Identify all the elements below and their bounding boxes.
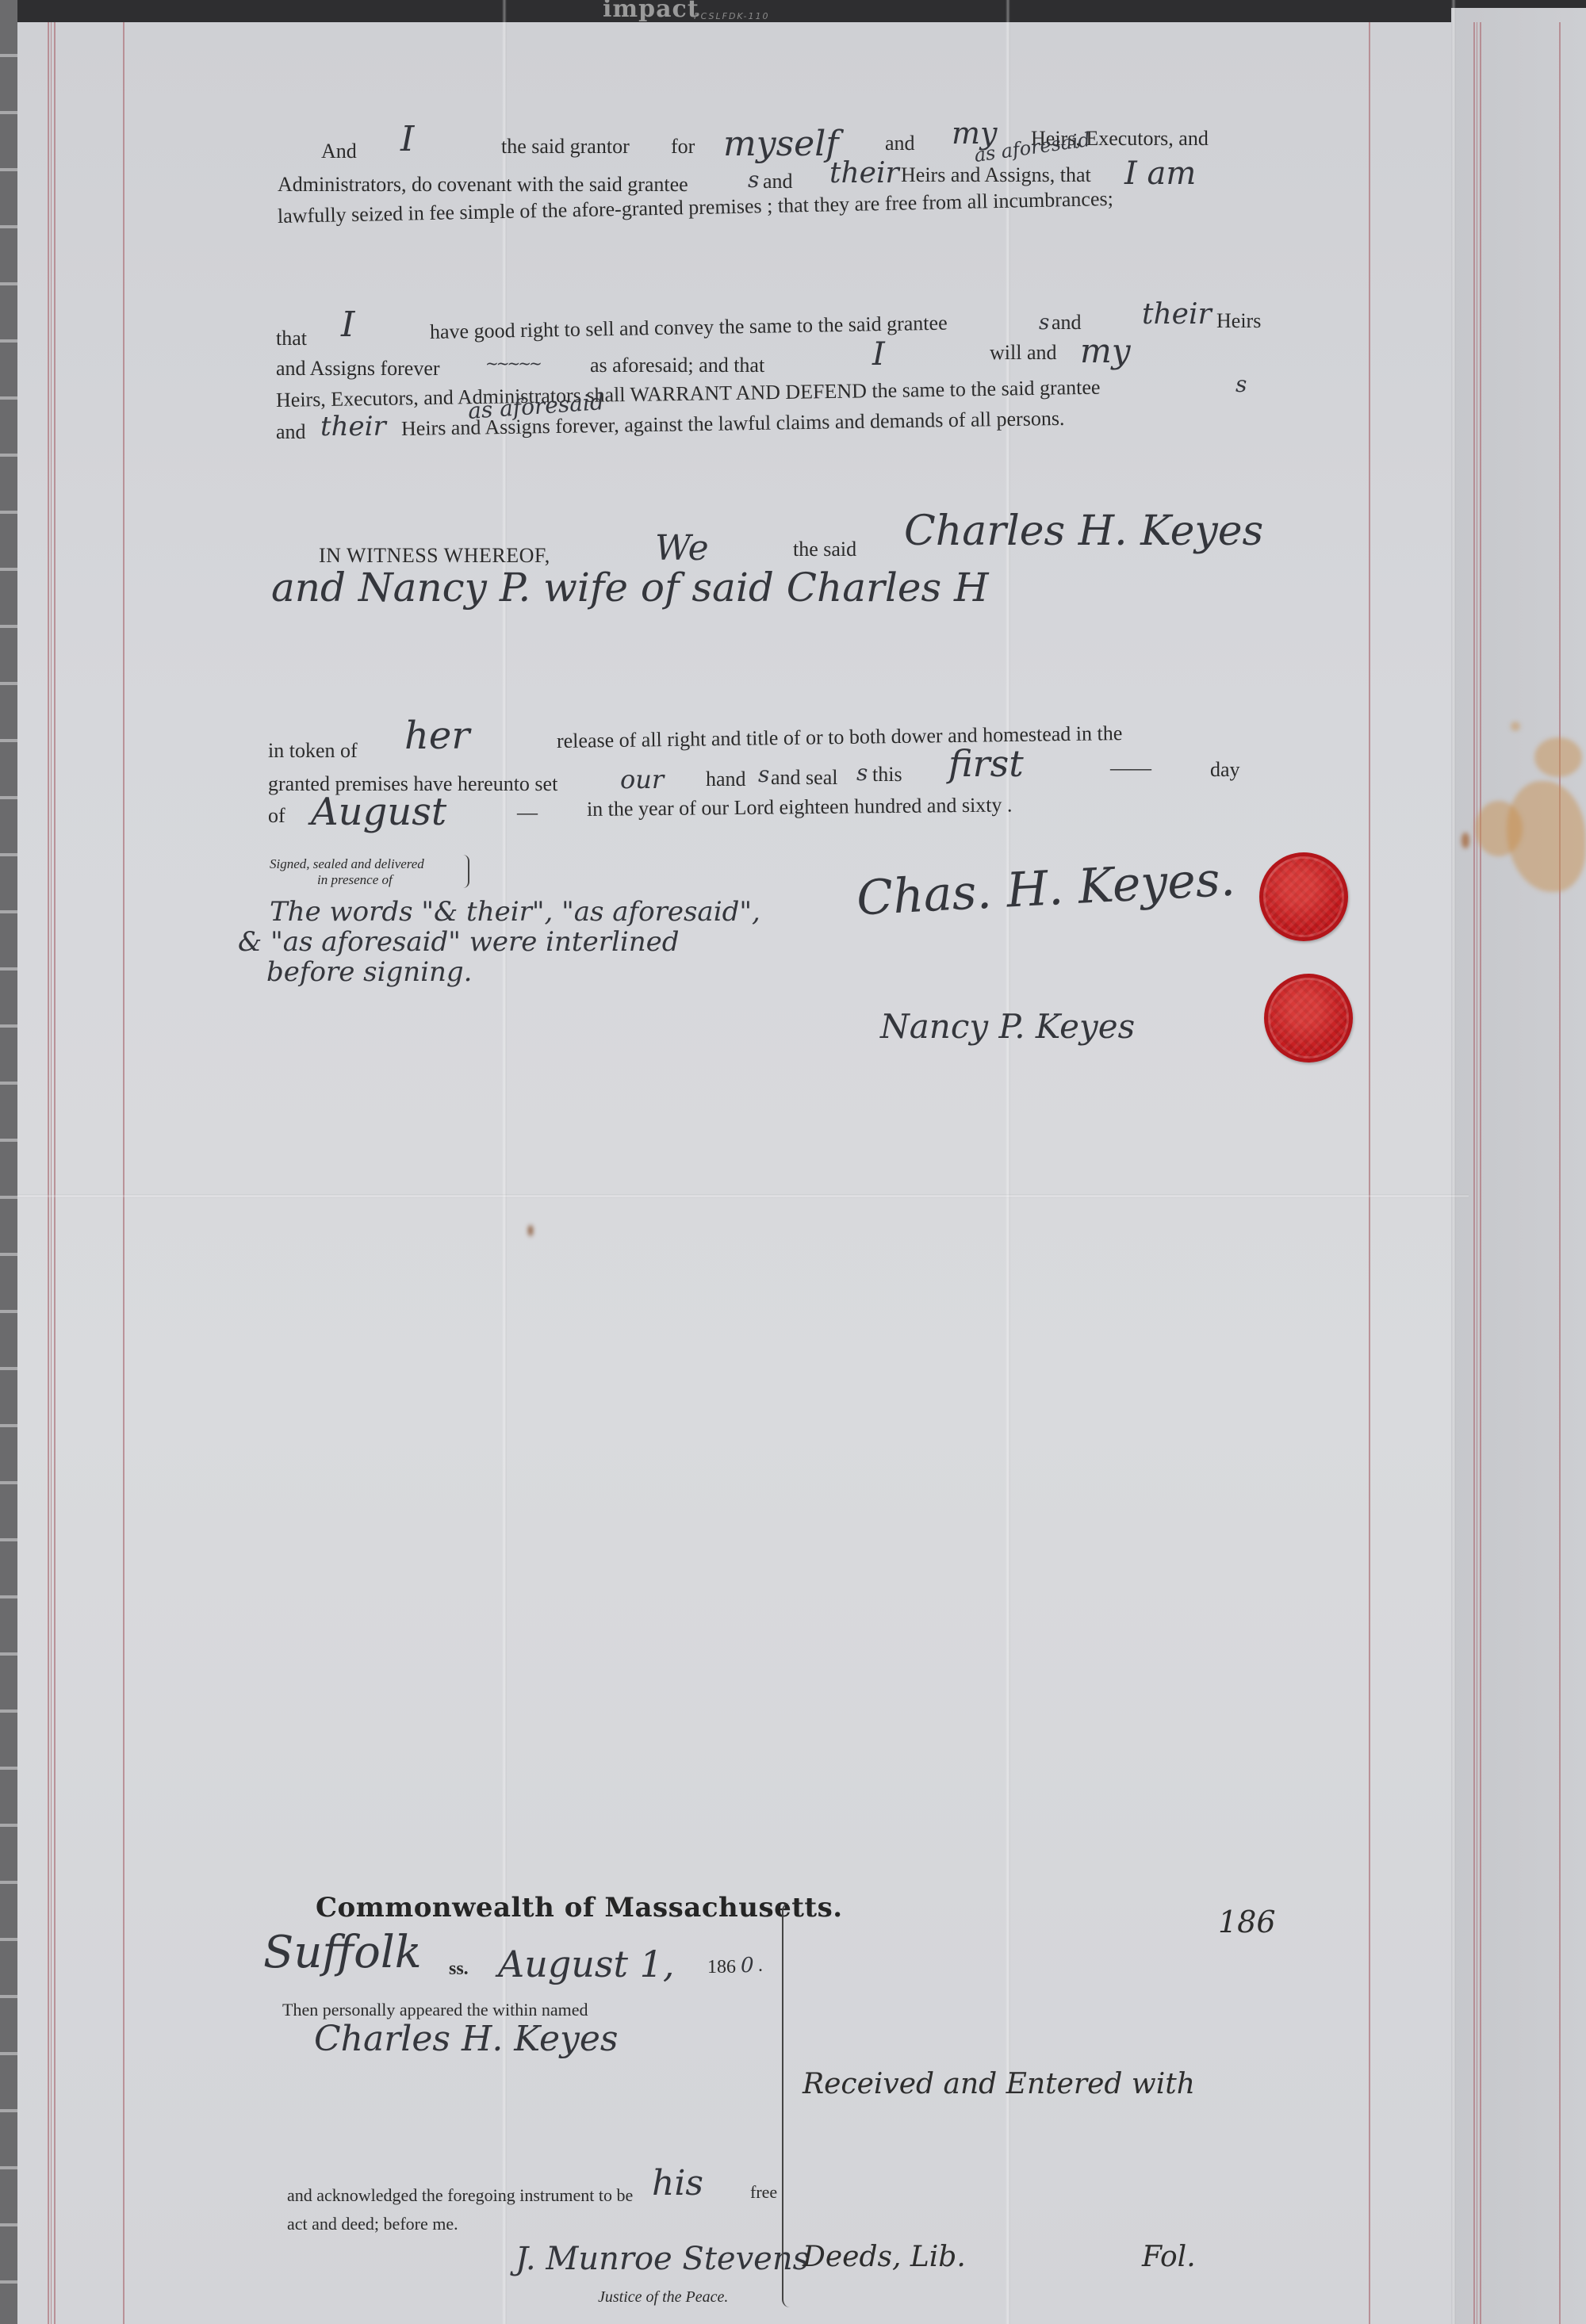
print-text: the said grantor (501, 135, 630, 159)
print-text: and (885, 132, 915, 155)
deed-paper (17, 22, 1586, 2324)
print-text: Heirs and Assigns, that (901, 163, 1091, 187)
print-text: and seal (771, 766, 837, 790)
print-text: for (671, 135, 695, 159)
deed-paper-adjacent-leaf (1451, 8, 1586, 2324)
print-text: the said (793, 538, 856, 561)
water-stain (1475, 801, 1523, 856)
handwritten-name: Charles H. Keyes (314, 2019, 619, 2059)
print-text: free (750, 2182, 777, 2203)
print-text: Heirs (1216, 309, 1261, 333)
interlineation-note: & "as aforesaid" were interlined (238, 926, 679, 958)
print-text: in token of (268, 739, 358, 763)
handwritten-day: first (948, 742, 1024, 785)
margin-rule (54, 22, 56, 2324)
margin-rule (51, 22, 52, 2324)
handwritten-county: Suffolk (263, 1927, 422, 1978)
print-text: will and (990, 341, 1057, 365)
print-text: and (1052, 311, 1082, 335)
handwritten-month: August (311, 790, 446, 834)
interlineation-note: The words "& their", "as aforesaid", (270, 896, 760, 928)
handwritten-word: We (655, 528, 709, 569)
print-caption: Signed, sealed and delivered (270, 856, 424, 872)
rust-spot (528, 1225, 533, 1236)
handwritten-name: and Nancy P. wife of said Charles H (271, 565, 989, 611)
print-text: hand (706, 768, 746, 791)
handwritten-word: their (829, 157, 899, 190)
margin-rule (123, 22, 125, 2324)
box-model-label: PCSLFDK-110 (694, 11, 770, 21)
print-text: . (758, 1955, 763, 1977)
print-text: in the year of our Lord eighteen hundred… (587, 793, 1013, 821)
print-text: and (763, 170, 793, 193)
fold-crease (1451, 0, 1456, 2324)
margin-rule (1480, 22, 1481, 2324)
margin-rule (1473, 22, 1475, 2324)
print-text: as aforesaid; and that (590, 354, 764, 377)
handwritten-plural: s (758, 761, 769, 787)
handwritten-pronoun: I (400, 119, 414, 159)
rust-spot (1461, 833, 1469, 848)
print-year: 186 (707, 1957, 736, 1978)
print-ss: ss. (449, 1958, 469, 1980)
print-text: that (276, 327, 307, 350)
handwritten-word: her (404, 714, 469, 758)
margin-rule (1477, 22, 1477, 2324)
handwritten-name: Charles H. Keyes (904, 507, 1263, 555)
print-text: and Assigns forever (276, 357, 440, 381)
handwritten-plural: s (1039, 311, 1049, 335)
handwritten-word: his (652, 2163, 703, 2203)
handwritten-plural: s (748, 167, 759, 193)
handwritten-word: myself (723, 124, 839, 164)
handwritten-plural: s (856, 760, 868, 786)
margin-rule (48, 22, 49, 2324)
handwritten-word: my (1080, 331, 1131, 370)
margin-rule (1369, 22, 1370, 2324)
print-caption: in presence of (317, 872, 393, 888)
box-brand-label: impact (603, 0, 699, 23)
water-stain (1511, 722, 1520, 731)
print-text: and acknowledged the foregoing instrumen… (287, 2185, 633, 2206)
wax-seal-icon (1259, 852, 1348, 941)
cutting-mat-edge (0, 0, 17, 2324)
justice-signature: J. Munroe Stevens (515, 2241, 809, 2277)
handwritten-pronoun: I (872, 336, 885, 373)
caption-brace (463, 855, 469, 888)
print-title: Justice of the Peace. (598, 2288, 728, 2307)
interlineation-note: before signing. (266, 956, 472, 988)
acknowledgment-brace (782, 1903, 791, 2307)
print-text: day (1210, 758, 1240, 782)
handwritten-year-digit: 0 (741, 1954, 754, 1978)
signature-nancy: Nancy P. Keyes (880, 1007, 1135, 1046)
fold-crease (17, 1194, 1469, 1198)
print-text: this (872, 763, 902, 787)
handwritten-dash: —— (1110, 756, 1151, 780)
handwritten-pronoun: I (341, 304, 354, 345)
print-text: and (276, 420, 306, 444)
handwritten-word: I am (1124, 155, 1196, 192)
registry-deeds-lib: Deeds, Lib. (803, 2241, 966, 2273)
registry-fol: Fol. (1142, 2241, 1196, 2273)
wax-seal-icon (1264, 974, 1353, 1062)
registry-received: Received and Entered with (803, 2068, 1195, 2100)
water-stain (1534, 737, 1582, 777)
margin-rule (1559, 22, 1561, 2324)
handwritten-date: August 1, (498, 1943, 675, 1985)
print-text: Administrators, do covenant with the sai… (278, 173, 688, 197)
commonwealth-heading: Commonwealth of Massachusetts. (316, 1892, 843, 1924)
print-year-prefix: 186 (1218, 1905, 1276, 1939)
print-text: And (321, 140, 357, 163)
handwritten-plural: s (1235, 371, 1247, 397)
handwritten-word: our (620, 764, 664, 794)
print-text: Then personally appeared the within name… (282, 2000, 588, 2020)
handwritten-dash: ~~~~~ (485, 354, 540, 373)
handwritten-word: their (1142, 298, 1212, 331)
handwritten-word: their (320, 411, 386, 442)
print-text: of (268, 804, 285, 828)
handwritten-dash: — (517, 801, 538, 825)
print-text: act and deed; before me. (287, 2214, 458, 2234)
